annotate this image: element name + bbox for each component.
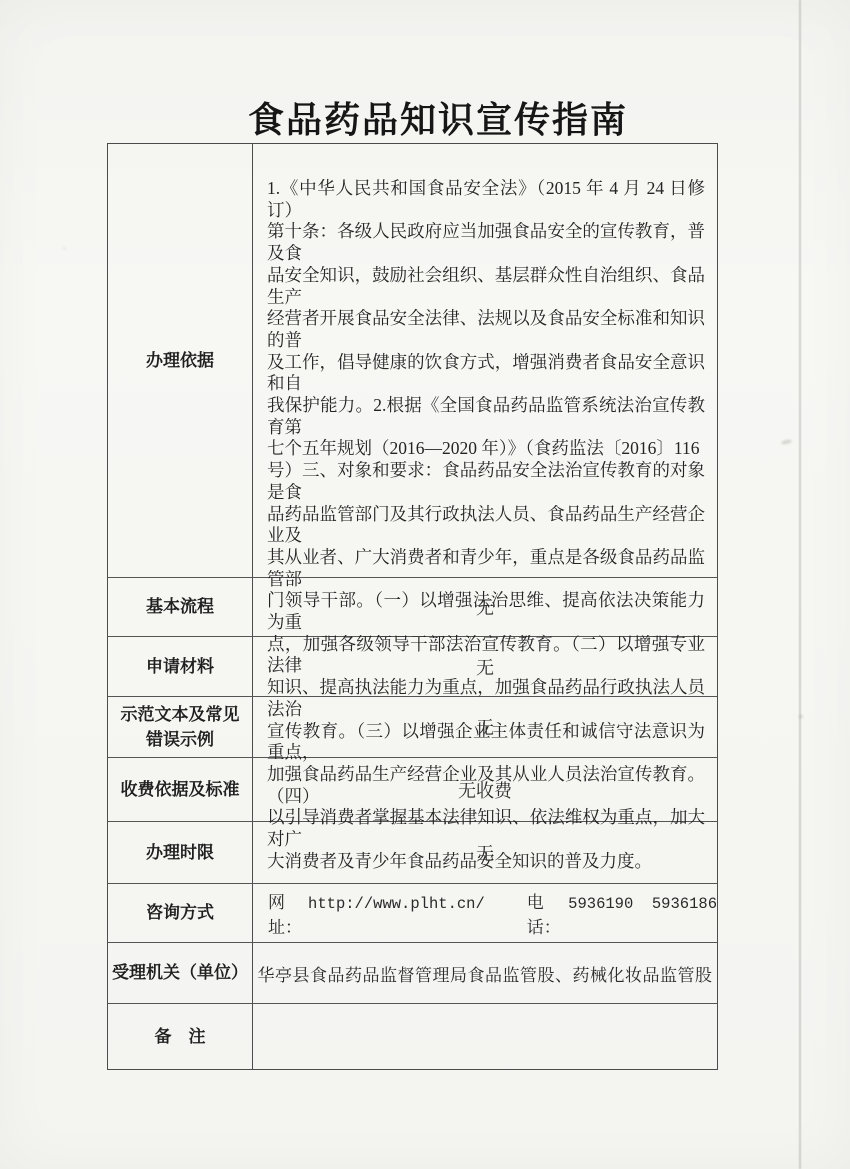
scan-speck: [63, 247, 66, 250]
row-label-sample-text: 示范文本及常见 错误示例: [108, 697, 253, 757]
telephone-numbers: 5936190 5936186: [568, 895, 717, 913]
row-label-application-materials: 申请材料: [108, 637, 253, 696]
telephone-info: 电话：5936190 5936186: [527, 888, 717, 938]
table-row-accepting-authority: 受理机关（单位） 华亭县食品药品监督管理局食品监管股、药械化妆品监管股: [108, 942, 717, 1003]
consultation-info: 网址：http://www.plht.cn/ 电话：5936190 593618…: [253, 884, 717, 942]
row-label-fee-basis: 收费依据及标准: [108, 758, 253, 821]
scan-speck: [781, 439, 793, 445]
table-row-application-materials: 申请材料 无: [108, 636, 717, 696]
remarks-value: [253, 1004, 717, 1069]
table-row-remarks: 备 注: [108, 1003, 717, 1069]
table-row-consultation: 咨询方式 网址：http://www.plht.cn/ 电话：5936190 5…: [108, 883, 717, 942]
application-materials-value: 无: [253, 637, 717, 696]
info-table: 办理依据 1.《中华人民共和国食品安全法》（2015 年 4 月 24 日修订）…: [107, 143, 718, 1070]
handling-basis-content: 1.《中华人民共和国食品安全法》（2015 年 4 月 24 日修订） 第十条：…: [253, 144, 717, 577]
paper-edge-shadow: [799, 0, 801, 1169]
table-row-handling-basis: 办理依据 1.《中华人民共和国食品安全法》（2015 年 4 月 24 日修订）…: [108, 144, 717, 577]
website-url: http://www.plht.cn/: [308, 895, 485, 913]
row-label-consultation: 咨询方式: [108, 884, 253, 942]
document-title: 食品药品知识宣传指南: [0, 92, 850, 143]
table-row-basic-process: 基本流程 无: [108, 577, 717, 636]
telephone-label: 电话：: [527, 888, 568, 938]
accepting-authority-value: 华亭县食品药品监督管理局食品监管股、药械化妆品监管股: [253, 943, 717, 1003]
sample-text-value: 无: [253, 697, 717, 757]
basic-process-value: 无: [253, 578, 717, 636]
table-row-sample-text: 示范文本及常见 错误示例 无: [108, 696, 717, 757]
row-label-time-limit: 办理时限: [108, 822, 253, 883]
scan-speck: [799, 715, 803, 718]
time-limit-value: 无: [253, 822, 717, 883]
table-row-time-limit: 办理时限 无: [108, 821, 717, 883]
row-label-handling-basis: 办理依据: [108, 144, 253, 577]
fee-basis-value: 无收费: [253, 758, 717, 821]
row-label-basic-process: 基本流程: [108, 578, 253, 636]
website-info: 网址：http://www.plht.cn/: [268, 888, 485, 938]
row-label-remarks: 备 注: [108, 1004, 253, 1069]
table-row-fee-basis: 收费依据及标准 无收费: [108, 757, 717, 821]
row-label-accepting-authority: 受理机关（单位）: [108, 943, 253, 1003]
website-label: 网址：: [268, 888, 308, 938]
scanned-document-page: 食品药品知识宣传指南 办理依据 1.《中华人民共和国食品安全法》（2015 年 …: [0, 0, 850, 1169]
